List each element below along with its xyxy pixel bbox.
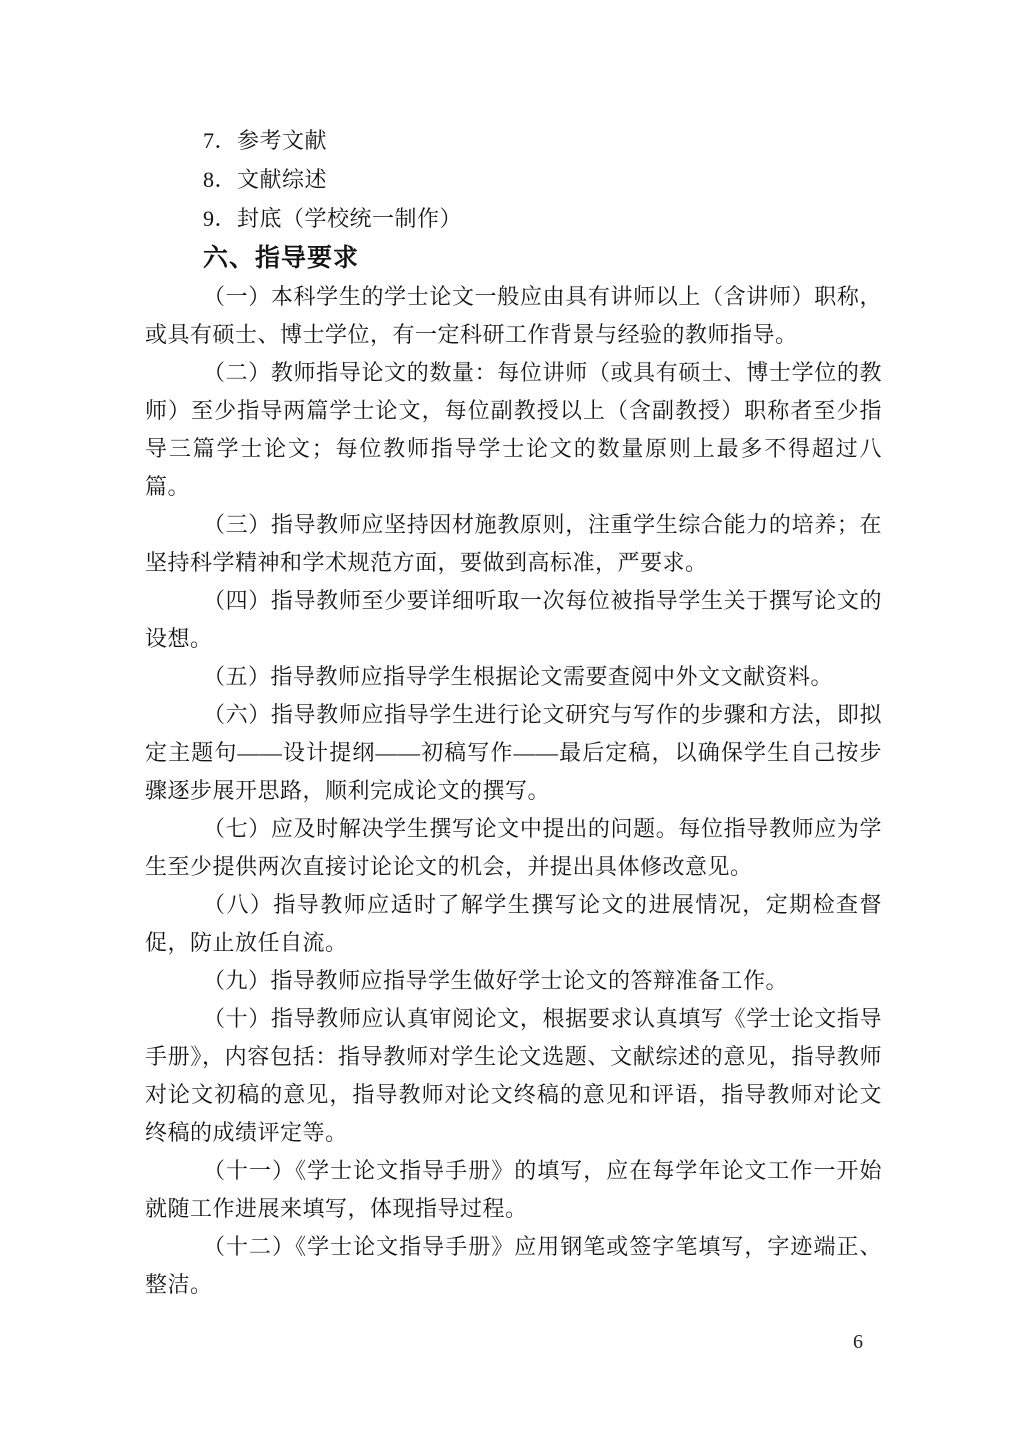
paragraph-10: （十）指导教师应认真审阅论文，根据要求认真填写《学士论文指导手册》，内容包括：指… bbox=[145, 1000, 882, 1152]
document-content: 7．参考文献 8．文献综述 9．封底（学校统一制作） 六、指导要求 （一）本科学… bbox=[145, 121, 882, 1304]
paragraph-5: （五）指导教师应指导学生根据论文需要查阅中外文文献资料。 bbox=[145, 658, 882, 696]
list-item-8: 8．文献综述 bbox=[145, 160, 882, 199]
paragraph-3: （三）指导教师应坚持因材施教原则，注重学生综合能力的培养；在坚持科学精神和学术规… bbox=[145, 506, 882, 582]
paragraph-7: （七）应及时解决学生撰写论文中提出的问题。每位指导教师应为学生至少提供两次直接讨… bbox=[145, 810, 882, 886]
paragraph-12: （十二）《学士论文指导手册》应用钢笔或签字笔填写，字迹端正、整洁。 bbox=[145, 1228, 882, 1304]
document-page: 7．参考文献 8．文献综述 9．封底（学校统一制作） 六、指导要求 （一）本科学… bbox=[0, 0, 1024, 1447]
paragraph-8: （八）指导教师应适时了解学生撰写论文的进展情况，定期检查督促，防止放任自流。 bbox=[145, 886, 882, 962]
list-item-7: 7．参考文献 bbox=[145, 121, 882, 160]
page-number: 6 bbox=[853, 1330, 863, 1354]
paragraph-2: （二）教师指导论文的数量：每位讲师（或具有硕士、博士学位的教师）至少指导两篇学士… bbox=[145, 354, 882, 506]
section-heading: 六、指导要求 bbox=[145, 238, 882, 278]
list-item-9: 9．封底（学校统一制作） bbox=[145, 199, 882, 238]
paragraph-11: （十一）《学士论文指导手册》的填写，应在每学年论文工作一开始就随工作进展来填写，… bbox=[145, 1152, 882, 1228]
paragraph-1: （一）本科学生的学士论文一般应由具有讲师以上（含讲师）职称，或具有硕士、博士学位… bbox=[145, 278, 882, 354]
paragraph-4: （四）指导教师至少要详细听取一次每位被指导学生关于撰写论文的设想。 bbox=[145, 582, 882, 658]
paragraph-6: （六）指导教师应指导学生进行论文研究与写作的步骤和方法，即拟定主题句——设计提纲… bbox=[145, 696, 882, 810]
paragraph-9: （九）指导教师应指导学生做好学士论文的答辩准备工作。 bbox=[145, 962, 882, 1000]
